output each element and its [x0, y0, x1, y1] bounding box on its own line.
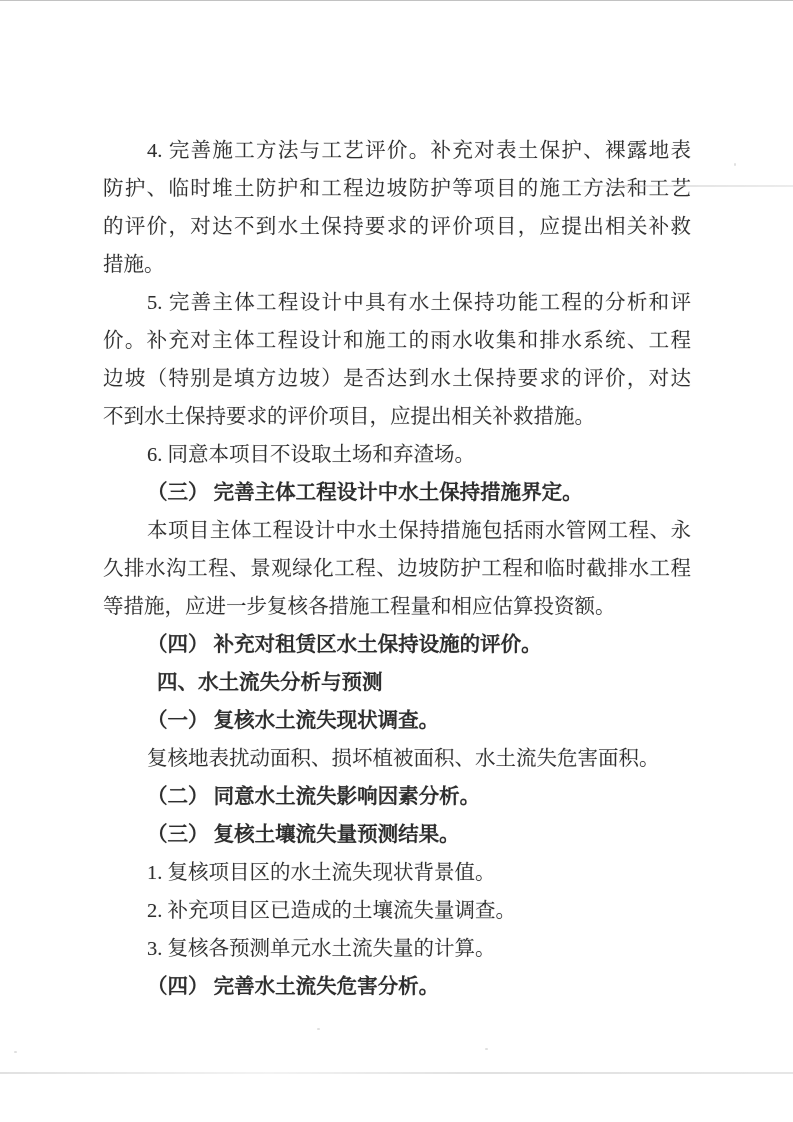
scan-streak-artifact — [556, 185, 793, 187]
heading-line: （三） 复核土壤流失量预测结果。 — [103, 816, 691, 854]
scan-speck-artifact — [317, 1028, 320, 1030]
text-line: 边坡（特别是填方边坡）是否达到水土保持要求的评价，对达 — [103, 360, 691, 398]
text-line: 5. 完善主体工程设计中具有水土保持功能工程的分析和评 — [103, 284, 691, 322]
text-line: 防护、临时堆土防护和工程边坡防护等项目的施工方法和工艺 — [103, 170, 691, 208]
text-line: 2. 补充项目区已造成的土壤流失量调查。 — [103, 892, 691, 930]
document-page: 4. 完善施工方法与工艺评价。补充对表土保护、裸露地表防护、临时堆土防护和工程边… — [0, 0, 793, 1122]
heading-line: （四） 完善水土流失危害分析。 — [103, 968, 691, 1006]
heading-line: 四、水土流失分析与预测 — [103, 664, 691, 702]
heading-line: （一） 复核水土流失现状调查。 — [103, 702, 691, 740]
text-line: 复核地表扰动面积、损坏植被面积、水土流失危害面积。 — [103, 740, 691, 778]
text-line: 6. 同意本项目不设取土场和弃渣场。 — [103, 436, 691, 474]
text-line: 4. 完善施工方法与工艺评价。补充对表土保护、裸露地表 — [103, 132, 691, 170]
text-line: 等措施，应进一步复核各措施工程量和相应估算投资额。 — [103, 588, 691, 626]
text-line: 久排水沟工程、景观绿化工程、边坡防护工程和临时截排水工程 — [103, 550, 691, 588]
scan-speck-artifact — [485, 1048, 488, 1050]
text-line: 3. 复核各预测单元水土流失量的计算。 — [103, 930, 691, 968]
text-line: 本项目主体工程设计中水土保持措施包括雨水管网工程、永 — [103, 512, 691, 550]
heading-line: （二） 同意水土流失影响因素分析。 — [103, 778, 691, 816]
text-line: 的评价，对达不到水土保持要求的评价项目，应提出相关补救 — [103, 208, 691, 246]
scan-speck-artifact — [14, 1051, 17, 1053]
scan-fold-line-artifact — [0, 1072, 793, 1074]
text-line: 价。补充对主体工程设计和施工的雨水收集和排水系统、工程 — [103, 322, 691, 360]
scan-speck-artifact — [734, 163, 736, 166]
text-line: 不到水土保持要求的评价项目，应提出相关补救措施。 — [103, 398, 691, 436]
scan-edge-artifact — [0, 0, 793, 1]
text-line: 1. 复核项目区的水土流失现状背景值。 — [103, 854, 691, 892]
heading-line: （四） 补充对租赁区水土保持设施的评价。 — [103, 626, 691, 664]
document-text-body: 4. 完善施工方法与工艺评价。补充对表土保护、裸露地表防护、临时堆土防护和工程边… — [103, 132, 691, 1006]
text-line: 措施。 — [103, 246, 691, 284]
heading-line: （三） 完善主体工程设计中水土保持措施界定。 — [103, 474, 691, 512]
